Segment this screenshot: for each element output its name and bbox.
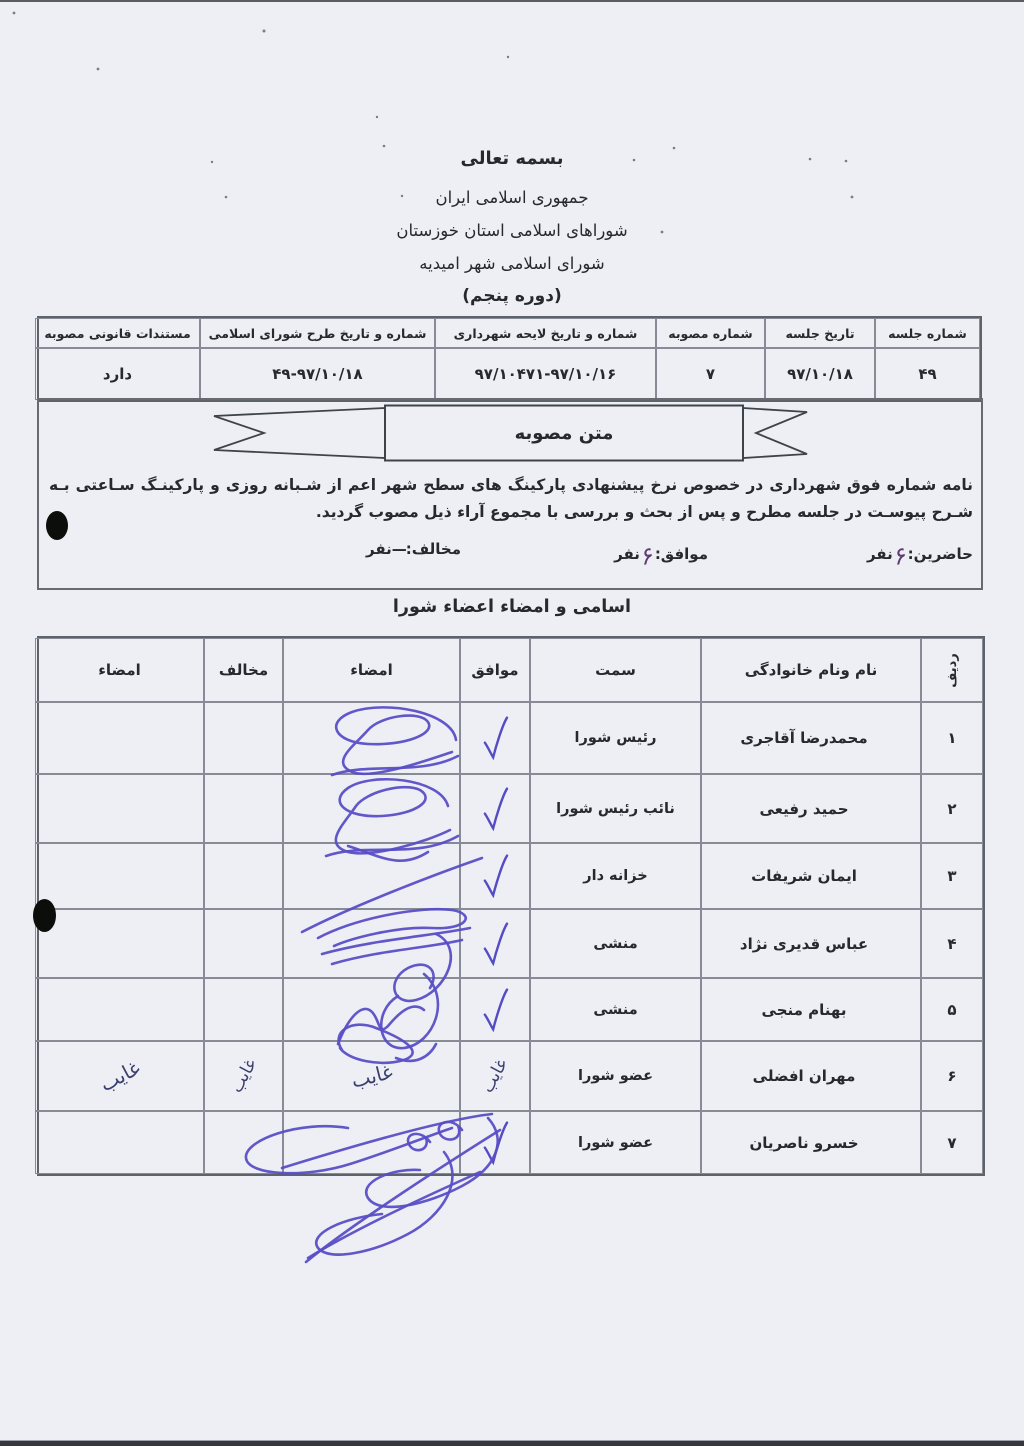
member-role: نائب رئیس شورا	[530, 774, 701, 843]
row-number: ۶	[921, 1041, 983, 1111]
hole-punch	[33, 899, 56, 932]
resolution-title-banner: متن مصوبه	[200, 404, 820, 462]
signature-cell	[283, 909, 460, 978]
row-number: ۳	[921, 843, 983, 909]
signature-cell	[283, 774, 460, 843]
member-name: بهنام منجی	[701, 978, 921, 1041]
member-name: محمدرضا آقاجری	[701, 702, 921, 774]
member-name: مهران افضلی	[701, 1041, 921, 1111]
col-legal-docs: مستندات قانونی مصوبه	[35, 318, 200, 348]
members-table: ردیف نام ونام خانوادگی سمت موافق امضاء م…	[37, 636, 985, 1176]
oppose-cell	[204, 978, 283, 1041]
checkmark-icon	[481, 986, 509, 1034]
row-number: ۷	[921, 1111, 983, 1174]
signature-cell	[283, 978, 460, 1041]
checkmark-icon	[481, 920, 509, 968]
checkmark-icon	[481, 1119, 509, 1167]
scanned-resolution-document: بسمه تعالی جمهوری اسلامی ایران شوراهای ا…	[0, 0, 1024, 1446]
absent-note-handwritten: غایب	[226, 1056, 260, 1097]
agree-cell	[460, 702, 530, 774]
col-oppose: مخالف	[204, 638, 283, 702]
col-signature-oppose: امضاء	[35, 638, 204, 702]
agree-cell	[460, 843, 530, 909]
col-signature-agree: امضاء	[283, 638, 460, 702]
agree-cell	[460, 1111, 530, 1174]
oppose-cell	[204, 774, 283, 843]
session-number-value: ۴۹	[875, 348, 980, 400]
signature-cell	[35, 1111, 204, 1174]
signature-cell	[283, 1111, 460, 1174]
council-plan-value: ۴۹-۹۷/۱۰/۱۸	[200, 348, 435, 400]
signature-cell	[35, 909, 204, 978]
members-section-title: اسامی و امضاء اعضاء شورا	[0, 597, 1024, 617]
checkmark-icon	[481, 852, 509, 900]
row-number: ۱	[921, 702, 983, 774]
scan-speckles	[0, 0, 1024, 260]
absent-note-handwritten: غایب	[95, 1056, 143, 1097]
legal-docs-value: دارد	[35, 348, 200, 400]
signature-cell	[35, 774, 204, 843]
col-position: سمت	[530, 638, 701, 702]
oppose-label: مخالف:	[406, 540, 461, 558]
signature-cell	[35, 978, 204, 1041]
absent-note-handwritten: غایب	[348, 1059, 394, 1092]
member-role: عضو شورا	[530, 1111, 701, 1174]
attendees-suffix: نفر	[867, 545, 893, 563]
member-name: ایمان شریفات	[701, 843, 921, 909]
attendees-value-handwritten: ۶	[893, 541, 908, 571]
session-info-table: شماره جلسه تاریخ جلسه شماره مصوبه شماره …	[37, 316, 982, 402]
hole-punch	[46, 511, 68, 540]
checkmark-icon	[481, 785, 509, 833]
member-role: رئیس شورا	[530, 702, 701, 774]
scan-edge-bottom	[0, 1441, 1024, 1446]
resolution-box: متن مصوبه نامه شماره فوق شهرداری در خصوص…	[37, 398, 983, 590]
absent-note-handwritten: غایب	[478, 1056, 512, 1097]
agree-suffix: نفر	[614, 545, 640, 563]
oppose-count: مخالف: — نفر	[366, 540, 461, 558]
agree-count: موافق: ۶ نفر	[614, 540, 708, 568]
oppose-value: —	[392, 540, 406, 558]
member-name: خسرو ناصریان	[701, 1111, 921, 1174]
oppose-cell	[204, 1111, 283, 1174]
col-session-date: تاریخ جلسه	[765, 318, 875, 348]
agree-cell	[460, 978, 530, 1041]
member-role: عضو شورا	[530, 1041, 701, 1111]
municipal-bill-value: ۹۷/۱۰۴۷۱-۹۷/۱۰/۱۶	[435, 348, 656, 400]
member-name: حمید رفیعی	[701, 774, 921, 843]
attendees-label: حاضرین:	[908, 545, 973, 563]
member-role: منشی	[530, 978, 701, 1041]
oppose-suffix: نفر	[366, 540, 392, 558]
signature-cell	[35, 843, 204, 909]
agree-value-handwritten: ۶	[640, 541, 655, 571]
agree-label: موافق:	[655, 545, 708, 563]
col-agree: موافق	[460, 638, 530, 702]
agree-cell: غایب	[460, 1041, 530, 1111]
col-full-name: نام ونام خانوادگی	[701, 638, 921, 702]
signature-cell	[283, 702, 460, 774]
attendance-line: حاضرین: ۶ نفر موافق: ۶ نفر مخالف: — نفر	[39, 540, 981, 574]
agree-cell	[460, 774, 530, 843]
signature-cell: غایب	[35, 1041, 204, 1111]
row-number: ۵	[921, 978, 983, 1041]
attendees-count: حاضرین: ۶ نفر	[867, 540, 973, 568]
member-role: منشی	[530, 909, 701, 978]
checkmark-icon	[481, 714, 509, 762]
oppose-cell	[204, 843, 283, 909]
signature-cell	[283, 843, 460, 909]
agree-cell	[460, 909, 530, 978]
row-number: ۲	[921, 774, 983, 843]
col-council-plan: شماره و تاریخ طرح شورای اسلامی	[200, 318, 435, 348]
signature-cell	[35, 702, 204, 774]
oppose-cell	[204, 909, 283, 978]
member-name: عباس قدیری نژاد	[701, 909, 921, 978]
col-municipal-bill: شماره و تاریخ لایحه شهرداری	[435, 318, 656, 348]
col-resolution-number: شماره مصوبه	[656, 318, 765, 348]
session-date-value: ۹۷/۱۰/۱۸	[765, 348, 875, 400]
signature-cell: غایب	[283, 1041, 460, 1111]
col-session-number: شماره جلسه	[875, 318, 980, 348]
oppose-cell: غایب	[204, 1041, 283, 1111]
row-number: ۴	[921, 909, 983, 978]
council-term: (دوره پنجم)	[0, 280, 1024, 313]
resolution-banner-title: متن مصوبه	[385, 404, 743, 462]
oppose-cell	[204, 702, 283, 774]
resolution-text: نامه شماره فوق شهرداری در خصوص نرخ پیشنه…	[49, 472, 973, 526]
col-row-number: ردیف	[921, 638, 983, 702]
resolution-number-value: ۷	[656, 348, 765, 400]
member-role: خزانه دار	[530, 843, 701, 909]
